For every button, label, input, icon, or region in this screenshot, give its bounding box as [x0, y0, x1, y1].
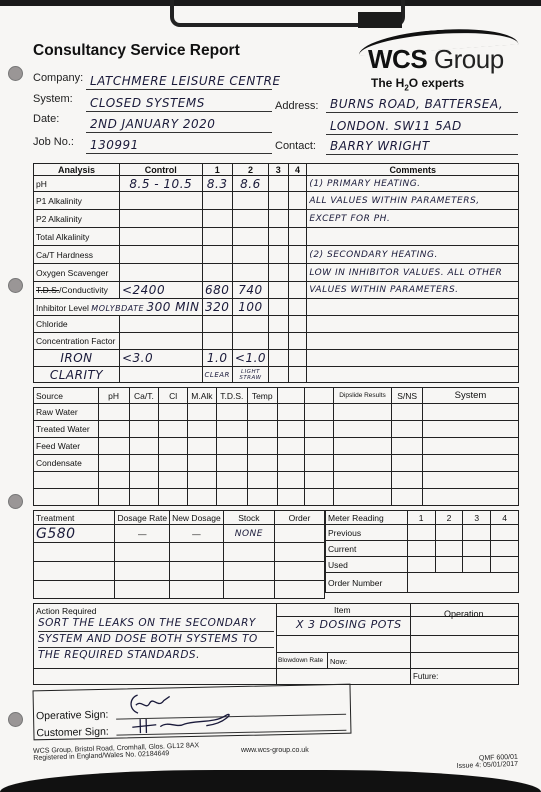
report-page: Consultancy Service Report WCS Group The…: [0, 0, 541, 792]
stock-value[interactable]: [223, 562, 274, 581]
cell[interactable]: [159, 421, 188, 438]
cell[interactable]: [129, 438, 159, 455]
cell[interactable]: [187, 404, 216, 421]
table-row: Current: [326, 541, 519, 557]
table-row: Concentration Factor: [34, 333, 519, 350]
treatment-value[interactable]: [34, 543, 115, 562]
cell[interactable]: [407, 557, 435, 573]
control-header: Control: [119, 164, 202, 176]
source-label[interactable]: [34, 489, 99, 506]
date-field[interactable]: 2ND JANUARY 2020: [86, 117, 272, 133]
cell[interactable]: [98, 472, 129, 489]
cell[interactable]: [305, 455, 334, 472]
reading-1[interactable]: 1.0: [202, 350, 232, 367]
cell[interactable]: [392, 421, 423, 438]
reading-3[interactable]: [269, 333, 288, 350]
dosage-rate-header: Dosage Rate: [115, 511, 170, 525]
comment-line[interactable]: LOW IN INHIBITOR VALUES. ALL OTHER: [307, 264, 519, 282]
table-row: [34, 543, 325, 562]
stock-header: Stock: [223, 511, 274, 525]
reading-2[interactable]: 8.6: [232, 176, 268, 192]
malk-header: M.Alk: [187, 388, 216, 404]
cell[interactable]: [305, 489, 334, 506]
cell[interactable]: [463, 557, 491, 573]
new-dosage-header: New Dosage: [170, 511, 224, 525]
cell[interactable]: [392, 455, 423, 472]
address-line2-field[interactable]: LONDON. SW11 5AD: [326, 119, 518, 135]
source-label[interactable]: [34, 472, 99, 489]
cell[interactable]: [247, 455, 277, 472]
reading-1[interactable]: [202, 316, 232, 333]
cell[interactable]: [216, 438, 247, 455]
cell[interactable]: [491, 557, 519, 573]
control-value[interactable]: [119, 192, 202, 210]
row-label: Chloride: [34, 316, 120, 333]
tagline-post: O experts: [409, 76, 464, 90]
divider: [276, 635, 519, 636]
cell[interactable]: [187, 438, 216, 455]
table-row: Ca/T Hardness (2) SECONDARY HEATING.: [34, 246, 519, 264]
reading-3[interactable]: [269, 316, 288, 333]
future-label[interactable]: Future:: [413, 672, 438, 681]
cell[interactable]: [159, 455, 188, 472]
reading-4[interactable]: [288, 246, 307, 264]
cell[interactable]: [159, 438, 188, 455]
cell[interactable]: [491, 525, 519, 541]
reading-4[interactable]: [288, 316, 307, 333]
table-row: T.D.S./Conductivity <2400 680 740 VALUES…: [34, 282, 519, 299]
comments-header: Comments: [307, 164, 519, 176]
cell[interactable]: [392, 404, 423, 421]
source-table: Source pH Ca/T. Cl M.Alk T.D.S. Temp Dip…: [33, 387, 519, 506]
cell[interactable]: [333, 404, 391, 421]
divider: [327, 652, 328, 669]
meter-row-label: Current: [326, 541, 408, 557]
dosage-rate-value[interactable]: [115, 562, 170, 581]
order-value[interactable]: [274, 543, 324, 562]
cell[interactable]: [407, 525, 435, 541]
cell[interactable]: [277, 472, 305, 489]
reading-3[interactable]: [269, 282, 288, 299]
reading-4[interactable]: [288, 210, 307, 228]
table-row: P2 Alkalinity EXCEPT FOR PH.: [34, 210, 519, 228]
reading-2[interactable]: [232, 264, 268, 282]
reading-1[interactable]: 680: [202, 282, 232, 299]
stock-value[interactable]: [223, 581, 274, 599]
reading-1[interactable]: [202, 228, 232, 246]
table-row: Inhibitor Level MOLYBDATE 300 MIN 320 10…: [34, 299, 519, 316]
col2-header: 2: [232, 164, 268, 176]
cell[interactable]: [392, 472, 423, 489]
row-label: T.D.S./Conductivity: [34, 282, 120, 299]
table-row: [34, 472, 519, 489]
comment-line[interactable]: VALUES WITHIN PARAMETERS.: [307, 282, 519, 299]
footer-address: WCS Group, Bristol Road, Cromhall, Glos.…: [33, 742, 200, 762]
comment-line[interactable]: [307, 316, 519, 333]
address-label: Address:: [275, 100, 318, 112]
reading-1[interactable]: [202, 264, 232, 282]
meter-reading-header: Meter Reading: [326, 511, 408, 525]
clipboard-bottom-edge: [0, 770, 541, 792]
cell[interactable]: [159, 472, 188, 489]
cell[interactable]: [277, 438, 305, 455]
reading-3[interactable]: [269, 192, 288, 210]
cell[interactable]: [277, 421, 305, 438]
table-row: Chloride: [34, 316, 519, 333]
comment-line[interactable]: ALL VALUES WITHIN PARAMETERS,: [307, 192, 519, 210]
new-dosage-value[interactable]: [170, 562, 224, 581]
job-label: Job No.:: [33, 136, 74, 148]
item-label: Item: [334, 605, 351, 615]
analysis-header: Analysis: [34, 164, 120, 176]
control-value[interactable]: 300 MIN: [146, 300, 199, 314]
ph-header: pH: [98, 388, 129, 404]
cell[interactable]: [247, 472, 277, 489]
reading-1[interactable]: 8.3: [202, 176, 232, 192]
table-row: Treated Water: [34, 421, 519, 438]
cell[interactable]: [305, 472, 334, 489]
table-row: Raw Water: [34, 404, 519, 421]
reading-2[interactable]: [232, 316, 268, 333]
order-number-cell[interactable]: [407, 573, 518, 593]
cell[interactable]: [216, 421, 247, 438]
cell[interactable]: [216, 472, 247, 489]
temp-header: Temp: [247, 388, 277, 404]
cell[interactable]: [333, 472, 391, 489]
punch-hole-icon: [8, 712, 23, 727]
reading-4[interactable]: [288, 367, 307, 383]
row-label: Total Alkalinity: [34, 228, 120, 246]
customer-signature-icon: [126, 711, 236, 735]
system-label: System:: [33, 93, 73, 105]
control-value[interactable]: [119, 316, 202, 333]
control-value[interactable]: [119, 333, 202, 350]
cell[interactable]: [159, 489, 188, 506]
dosage-rate-value[interactable]: [115, 543, 170, 562]
reading-4[interactable]: [288, 192, 307, 210]
reading-2[interactable]: 740: [232, 282, 268, 299]
analysis-table: Analysis Control 1 2 3 4 Comments pH 8.5…: [33, 163, 519, 383]
reading-4[interactable]: [288, 228, 307, 246]
punch-hole-icon: [8, 66, 23, 81]
company-label: Company:: [33, 72, 83, 84]
cell[interactable]: [187, 421, 216, 438]
conductivity-label: /Conductivity: [59, 285, 108, 295]
treatment-table: Treatment Dosage Rate New Dosage Stock O…: [33, 510, 325, 599]
reading-1[interactable]: [202, 210, 232, 228]
cell[interactable]: [305, 404, 334, 421]
table-row: Oxygen Scavenger LOW IN INHIBITOR VALUES…: [34, 264, 519, 282]
reading-4[interactable]: [288, 176, 307, 192]
item-value[interactable]: X 3 DOSING POTS: [296, 618, 402, 631]
cell[interactable]: [247, 404, 277, 421]
cell[interactable]: [98, 438, 129, 455]
reading-2[interactable]: [232, 192, 268, 210]
tagline-pre: The H: [371, 76, 404, 90]
cell[interactable]: [463, 525, 491, 541]
page-title: Consultancy Service Report: [33, 42, 240, 60]
meter-col2-header: 2: [435, 511, 463, 525]
reading-3[interactable]: [269, 228, 288, 246]
cell[interactable]: [216, 489, 247, 506]
treatment-value[interactable]: [34, 581, 115, 599]
footer-form-info: QMF 600/01 Issue 4: 05/01/2017: [448, 754, 518, 770]
control-value[interactable]: <2400: [119, 282, 202, 299]
reading-3[interactable]: [269, 210, 288, 228]
reading-2[interactable]: [232, 246, 268, 264]
cell[interactable]: [129, 489, 159, 506]
cell[interactable]: [98, 455, 129, 472]
stock-value[interactable]: [223, 543, 274, 562]
punch-hole-icon: [8, 278, 23, 293]
system-header: System: [423, 388, 519, 404]
reading-3[interactable]: [269, 246, 288, 264]
table-row: G580 — — NONE: [34, 525, 325, 543]
contact-field[interactable]: BARRY WRIGHT: [326, 139, 518, 155]
cell[interactable]: [333, 489, 391, 506]
row-label[interactable]: IRON: [34, 350, 120, 367]
control-value[interactable]: 8.5 - 10.5: [119, 176, 202, 192]
cell[interactable]: [407, 541, 435, 557]
stock-value[interactable]: NONE: [223, 525, 274, 543]
reading-3[interactable]: [269, 350, 288, 367]
table-row: [34, 489, 519, 506]
reading-4[interactable]: [288, 264, 307, 282]
row-label: pH: [34, 176, 120, 192]
reading-3[interactable]: [269, 299, 288, 316]
table-row: Feed Water: [34, 438, 519, 455]
cell[interactable]: [216, 404, 247, 421]
issue-date: Issue 4: 05/01/2017: [448, 761, 518, 770]
row-label[interactable]: CLARITY: [34, 367, 120, 383]
logo-bold: WCS: [368, 44, 427, 74]
action-line[interactable]: SORT THE LEAKS ON THE SECONDARY: [38, 616, 274, 632]
sns-header: S/NS: [392, 388, 423, 404]
reading-4[interactable]: [288, 282, 307, 299]
blank-header: [305, 388, 334, 404]
cell[interactable]: [423, 404, 519, 421]
company-logo: WCS Group: [368, 44, 504, 75]
reading-4[interactable]: [288, 350, 307, 367]
reading-2[interactable]: [232, 228, 268, 246]
comment-line[interactable]: [307, 350, 519, 367]
action-section: Action Required SORT THE LEAKS ON THE SE…: [33, 603, 519, 685]
action-line[interactable]: THE REQUIRED STANDARDS.: [38, 648, 274, 663]
comment-line[interactable]: [307, 367, 519, 383]
cell[interactable]: [129, 472, 159, 489]
control-value[interactable]: <3.0: [119, 350, 202, 367]
reading-3[interactable]: [269, 176, 288, 192]
company-field[interactable]: LATCHMERE LEISURE CENTRE: [86, 74, 272, 90]
source-header: Source: [34, 388, 99, 404]
source-label: Condensate: [34, 455, 99, 472]
signature-section: Operative Sign: Customer Sign:: [33, 684, 352, 741]
reading-1[interactable]: [202, 246, 232, 264]
table-row: P1 Alkalinity ALL VALUES WITHIN PARAMETE…: [34, 192, 519, 210]
dosage-rate-value[interactable]: —: [115, 525, 170, 543]
source-label: Feed Water: [34, 438, 99, 455]
cell[interactable]: [435, 541, 463, 557]
customer-sign-label: Customer Sign:: [36, 726, 109, 740]
table-row: [34, 562, 325, 581]
address-line1-field[interactable]: BURNS ROAD, BATTERSEA,: [326, 97, 518, 113]
control-value[interactable]: [119, 246, 202, 264]
order-header: Order: [274, 511, 324, 525]
meter-col3-header: 3: [463, 511, 491, 525]
cell[interactable]: [463, 541, 491, 557]
cell[interactable]: [187, 455, 216, 472]
table-row: CLARITY CLEAR LIGHT STRAW: [34, 367, 519, 383]
cell[interactable]: [423, 438, 519, 455]
control-value[interactable]: [119, 264, 202, 282]
job-field[interactable]: 130991: [86, 138, 272, 154]
cell[interactable]: [247, 438, 277, 455]
logo-light: Group: [434, 44, 504, 74]
reading-2[interactable]: <1.0: [232, 350, 268, 367]
blank-header: [277, 388, 305, 404]
system-field[interactable]: CLOSED SYSTEMS: [86, 96, 272, 112]
cell[interactable]: [277, 455, 305, 472]
cell[interactable]: [392, 438, 423, 455]
cell[interactable]: [277, 404, 305, 421]
cell[interactable]: [187, 489, 216, 506]
inhibitor-type[interactable]: MOLYBDATE: [91, 304, 144, 313]
reading-2[interactable]: LIGHT STRAW: [232, 367, 268, 383]
footer-website[interactable]: www.wcs-group.co.uk: [241, 747, 309, 754]
cell[interactable]: [435, 525, 463, 541]
clipboard-grip: [358, 12, 402, 28]
cell[interactable]: [423, 421, 519, 438]
meter-row-label: Order Number: [326, 573, 408, 593]
contact-label: Contact:: [275, 140, 316, 152]
source-label: Treated Water: [34, 421, 99, 438]
reading-1[interactable]: [202, 333, 232, 350]
cell[interactable]: [423, 455, 519, 472]
meter-col4-header: 4: [491, 511, 519, 525]
new-dosage-value[interactable]: [170, 581, 224, 599]
comment-line[interactable]: (1) PRIMARY HEATING.: [307, 176, 519, 192]
treatment-header: Treatment: [34, 511, 115, 525]
comment-line[interactable]: [307, 333, 519, 350]
reading-4[interactable]: [288, 299, 307, 316]
cell[interactable]: [305, 438, 334, 455]
cell[interactable]: [277, 489, 305, 506]
cl-header: Cl: [159, 388, 188, 404]
table-row: IRON <3.0 1.0 <1.0: [34, 350, 519, 367]
divider: [276, 652, 519, 653]
new-dosage-value[interactable]: [170, 543, 224, 562]
reading-1[interactable]: [202, 192, 232, 210]
table-row: Total Alkalinity: [34, 228, 519, 246]
cell[interactable]: [129, 455, 159, 472]
cell[interactable]: [129, 404, 159, 421]
reading-1[interactable]: CLEAR: [202, 367, 232, 383]
treatment-value[interactable]: G580: [34, 525, 115, 543]
meter-row-label: Previous: [326, 525, 408, 541]
tds-strike-label: T.D.S.: [36, 285, 59, 295]
reading-2[interactable]: 100: [232, 299, 268, 316]
row-label: P2 Alkalinity: [34, 210, 120, 228]
meter-table: Meter Reading 1 2 3 4 Previous Current U…: [325, 510, 519, 593]
cell[interactable]: [423, 472, 519, 489]
comment-line[interactable]: (2) SECONDARY HEATING.: [307, 246, 519, 264]
cell[interactable]: [159, 404, 188, 421]
cell[interactable]: [305, 421, 334, 438]
cell[interactable]: [392, 489, 423, 506]
cell[interactable]: [98, 404, 129, 421]
cell[interactable]: [247, 421, 277, 438]
reading-3[interactable]: [269, 367, 288, 383]
comment-line[interactable]: [307, 299, 519, 316]
table-row: Previous: [326, 525, 519, 541]
cell[interactable]: [129, 421, 159, 438]
col1-header: 1: [202, 164, 232, 176]
reading-3[interactable]: [269, 264, 288, 282]
row-label: Concentration Factor: [34, 333, 120, 350]
cell[interactable]: [98, 421, 129, 438]
meter-col1-header: 1: [407, 511, 435, 525]
blowdown-rate-label: Blowdown Rate: [278, 657, 323, 664]
cell[interactable]: [98, 489, 129, 506]
divider: [34, 668, 276, 669]
control-value[interactable]: [119, 210, 202, 228]
meter-row-label: Used: [326, 557, 408, 573]
cell[interactable]: [333, 438, 391, 455]
cell[interactable]: [333, 455, 391, 472]
reading-1[interactable]: 320: [202, 299, 232, 316]
cell[interactable]: [423, 489, 519, 506]
order-value[interactable]: [274, 562, 324, 581]
comment-line[interactable]: EXCEPT FOR PH.: [307, 210, 519, 228]
row-label: P1 Alkalinity: [34, 192, 120, 210]
operative-sign-label: Operative Sign:: [36, 709, 109, 723]
table-row: [34, 581, 325, 599]
table-row: pH 8.5 - 10.5 8.3 8.6 (1) PRIMARY HEATIN…: [34, 176, 519, 192]
control-value[interactable]: [119, 228, 202, 246]
order-value[interactable]: [274, 525, 324, 543]
reading-2[interactable]: [232, 333, 268, 350]
new-dosage-value[interactable]: —: [170, 525, 224, 543]
table-row: Order Number: [326, 573, 519, 593]
divider: [276, 668, 519, 669]
operation-label: Operation: [444, 609, 484, 619]
dipslide-header: Dipslide Results: [333, 388, 391, 404]
source-label: Raw Water: [34, 404, 99, 421]
cell[interactable]: [435, 557, 463, 573]
reading-4[interactable]: [288, 333, 307, 350]
cell[interactable]: [187, 472, 216, 489]
row-label: Inhibitor Level MOLYBDATE 300 MIN: [34, 299, 203, 316]
reading-2[interactable]: [232, 210, 268, 228]
dosage-rate-value[interactable]: [115, 581, 170, 599]
tds-header: T.D.S.: [216, 388, 247, 404]
cell[interactable]: [333, 421, 391, 438]
action-line[interactable]: SYSTEM AND DOSE BOTH SYSTEMS TO: [38, 632, 274, 648]
punch-hole-icon: [8, 494, 23, 509]
now-label[interactable]: Now:: [330, 657, 347, 666]
cat-header: Ca/T.: [129, 388, 159, 404]
comment-line[interactable]: [307, 228, 519, 246]
treatment-value[interactable]: [34, 562, 115, 581]
col4-header: 4: [288, 164, 307, 176]
cell[interactable]: [491, 541, 519, 557]
control-value[interactable]: [119, 367, 202, 383]
cell[interactable]: [216, 455, 247, 472]
cell[interactable]: [247, 489, 277, 506]
order-value[interactable]: [274, 581, 324, 599]
inhibitor-label: Inhibitor Level: [36, 303, 89, 313]
date-label: Date:: [33, 113, 59, 125]
